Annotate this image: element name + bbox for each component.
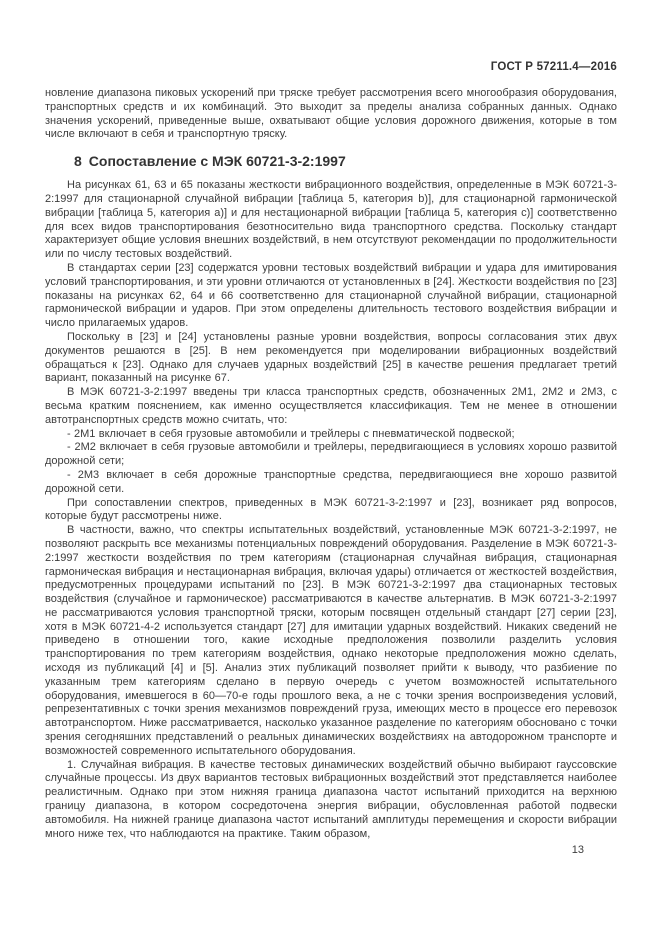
- list-item-2m1: - 2М1 включает в себя грузовые автомобил…: [45, 428, 617, 442]
- section-heading: 8Сопоставление с МЭК 60721-3-2:1997: [45, 153, 617, 170]
- paragraph-levels: Поскольку в [23] и [24] установлены разн…: [45, 331, 617, 386]
- document-code-header: ГОСТ Р 57211.4—2016: [45, 61, 617, 73]
- list-item-2m2: - 2М2 включает в себя грузовые автомобил…: [45, 441, 617, 469]
- paragraph-detailed-comparison: В частности, важно, что спектры испытате…: [45, 524, 617, 759]
- section-title: Сопоставление с МЭК 60721-3-2:1997: [89, 153, 346, 169]
- paragraph-random-vibration: 1. Случайная вибрация. В качестве тестов…: [45, 759, 617, 842]
- section-number: 8: [74, 153, 82, 169]
- page-number: 13: [45, 844, 617, 857]
- text-column: ГОСТ Р 57211.4—2016 новление диапазона п…: [45, 61, 617, 857]
- paragraph-vehicle-classes: В МЭК 60721-3-2:1997 введены три класса …: [45, 386, 617, 427]
- document-page: ГОСТ Р 57211.4—2016 новление диапазона п…: [0, 0, 661, 935]
- document-body: новление диапазона пиковых ускорений при…: [45, 87, 617, 841]
- paragraph-figures: На рисунках 61, 63 и 65 показаны жесткос…: [45, 179, 617, 262]
- paragraph-intro-continuation: новление диапазона пиковых ускорений при…: [45, 87, 617, 142]
- list-item-2m3: - 2М3 включает в себя дорожные транспорт…: [45, 469, 617, 497]
- paragraph-spectra: При сопоставлении спектров, приведенных …: [45, 497, 617, 525]
- paragraph-series-23: В стандартах серии [23] содержатся уровн…: [45, 262, 617, 331]
